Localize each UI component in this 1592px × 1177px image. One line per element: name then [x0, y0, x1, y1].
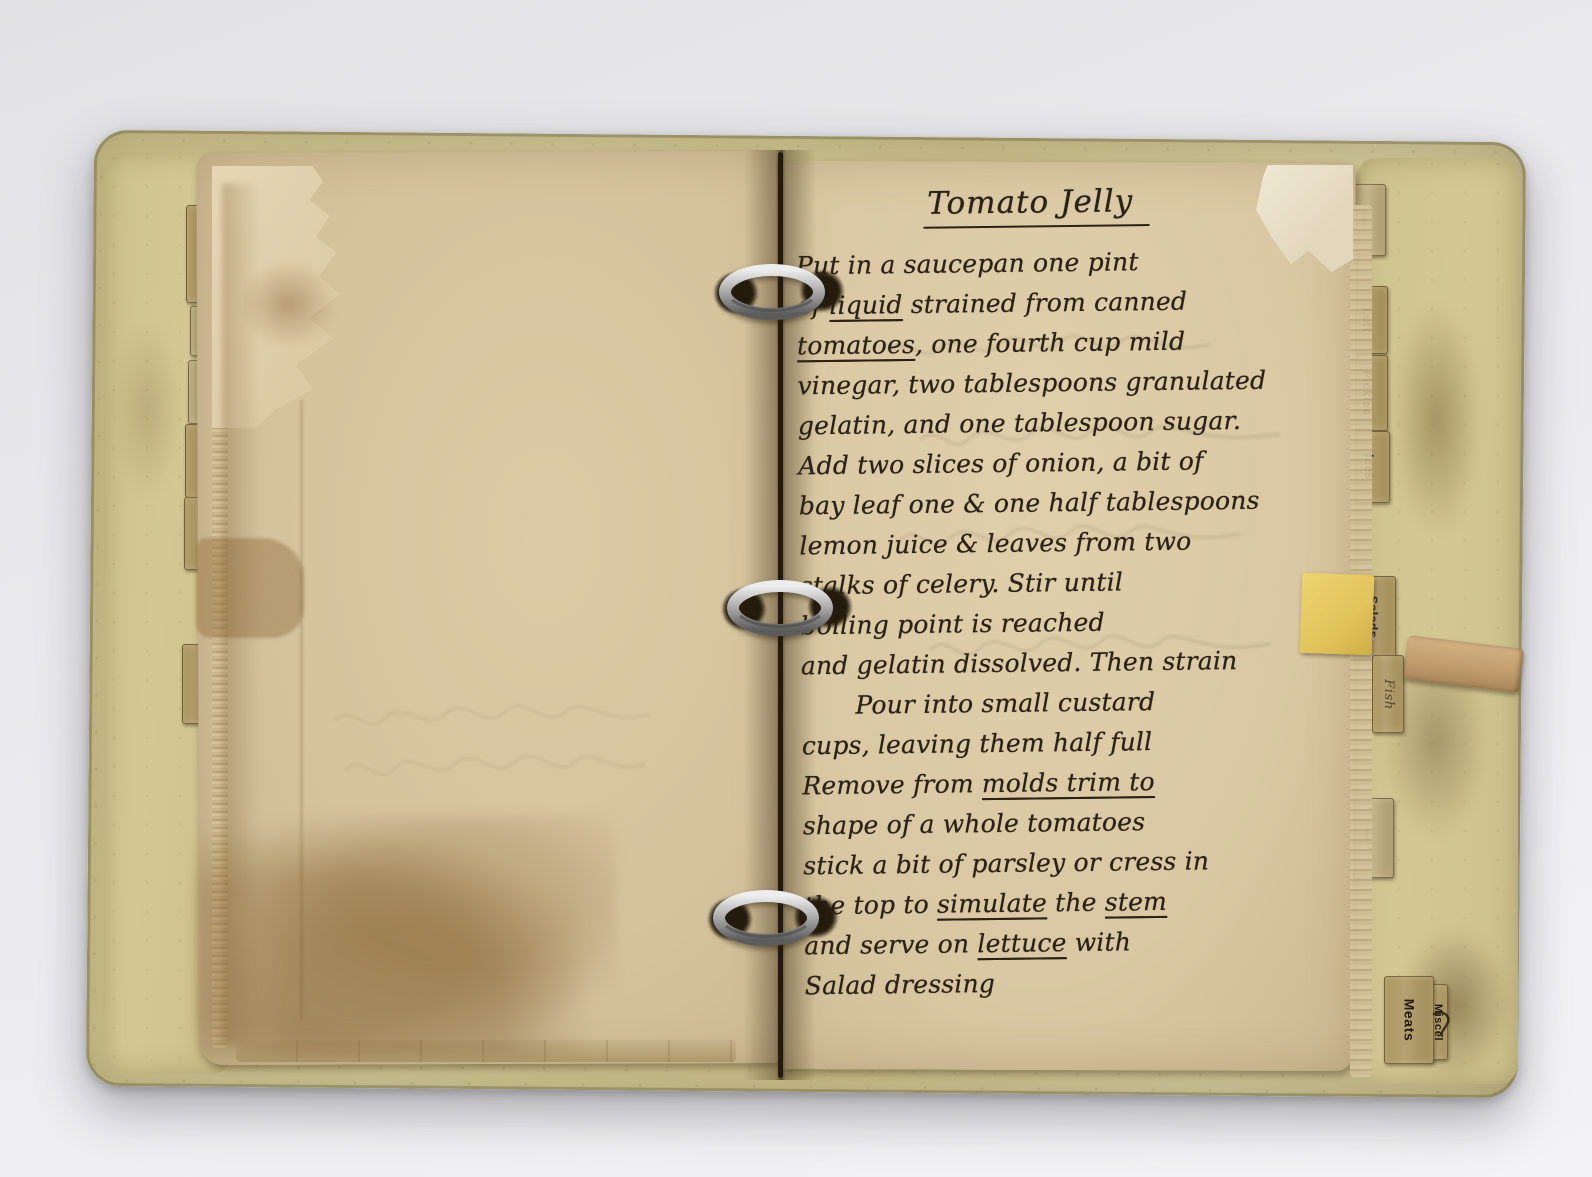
lining-stain — [1392, 300, 1482, 540]
ink-mark — [1430, 1008, 1456, 1038]
recipe-title: Tomato Jelly — [923, 183, 1149, 229]
handwriting-line: and serve on lettuce with — [804, 920, 1352, 967]
tab-fish-label: Fish — [1381, 679, 1396, 710]
handwriting-line: Salad dressing — [805, 960, 1353, 1007]
lining-stain — [112, 320, 182, 500]
handwriting-line: shape of a whole tomatoes — [803, 800, 1351, 847]
binder-ring — [720, 572, 840, 642]
handwriting-line: stalks of celery. Stir until — [800, 560, 1348, 607]
handwriting-lines: Put in a saucepan one pintof liquid stra… — [796, 240, 1353, 1007]
handwriting-line: boiling point is reached — [800, 600, 1348, 647]
page-stack-edge-bottom — [236, 1040, 736, 1062]
handwriting-line: lemon juice & leaves from two — [799, 520, 1347, 567]
handwriting-line: cups, leaving them half full — [802, 720, 1350, 767]
photo-backdrop: Oysters Sauces Drinks Sand-wiches Left P… — [0, 0, 1592, 1177]
handwriting-line: and gelatin dissolved. Then strain — [801, 640, 1349, 687]
tab-meats-label: Meats — [1402, 999, 1416, 1042]
recipe-manuscript: Tomato Jelly Put in a saucepan one pinto… — [795, 177, 1353, 1007]
handwriting-line: Remove from molds trim to — [802, 760, 1350, 807]
handwriting-line: Put in a saucepan one pint — [796, 240, 1344, 287]
tab-fish: Fish — [1372, 655, 1404, 733]
tab-meats: Meats — [1384, 976, 1434, 1064]
handwriting-line: Pour into small custard — [801, 680, 1349, 727]
handwriting-line: Add two slices of onion, a bit of — [798, 440, 1346, 487]
handwriting-line: bay leaf one & one half tablespoons — [799, 480, 1347, 527]
handwriting-line: gelatin, and one tablespoon sugar. — [798, 400, 1346, 447]
handwriting-line: the top to simulate the stem — [804, 880, 1352, 927]
handwriting-line: of liquid strained from canned — [796, 280, 1344, 327]
handwriting-line: stick a bit of parsley or cress in — [803, 840, 1351, 887]
binder-ring — [706, 882, 826, 952]
bleed-through-writing — [330, 700, 660, 820]
handwriting-line: vinegar, two tablespoons granulated — [797, 360, 1345, 407]
binder-ring — [712, 256, 832, 326]
handwriting-line: tomatoes, one fourth cup mild — [797, 320, 1345, 367]
